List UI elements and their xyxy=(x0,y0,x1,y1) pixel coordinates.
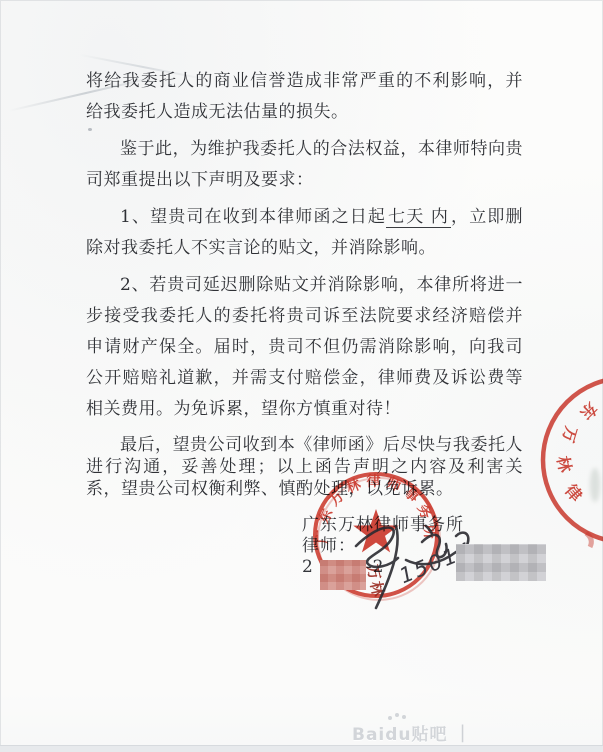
deadline-underlined: 七天 内 xyxy=(386,207,451,228)
demand-item-1: 1、望贵司在收到本律师函之日起七天 内，立即删除对我委托人不实言论的贴文，并消除… xyxy=(86,202,523,264)
scanned-letter-page: 将给我委托人的商业信誉造成非常严重的不利影响，并给我委托人造成无法估量的损失。 … xyxy=(0,0,603,752)
page-bottom-edge xyxy=(0,745,603,752)
baidu-paw-icon xyxy=(388,713,410,721)
svg-text:东万林律: 东万林律 xyxy=(553,399,601,519)
censor-mosaic-date xyxy=(320,560,366,590)
paragraph-intro: 鉴于此，为维护我委托人的合法权益，本律师特向贵司郑重提出以下声明及要求： xyxy=(86,134,523,196)
edge-seal-arc-text: 东万林律 xyxy=(553,399,601,519)
censor-mosaic-phone xyxy=(456,544,546,581)
letter-body: 将给我委托人的商业信誉造成非常严重的不利影响，并给我委托人造成无法估量的损失。 … xyxy=(86,66,523,506)
demand-item-2: 2、若贵司延迟删除贴文并消除影响，本律所将进一步接受我委托人的委托将贵司诉至法院… xyxy=(86,270,523,425)
watermark-baidu-tieba: Baidu贴吧 | xyxy=(352,720,466,745)
edge-seal-ring xyxy=(543,378,603,542)
baidu-tieba-logo-text: Baidu贴吧 xyxy=(352,720,448,745)
watermark-divider: | xyxy=(460,722,466,743)
demand-item-1-pre: 1、望贵司在收到本律师函之日起 xyxy=(120,207,386,227)
paragraph-opening: 将给我委托人的商业信誉造成非常严重的不利影响，并给我委托人造成无法估量的损失。 xyxy=(86,66,523,128)
edge-seal-smudge xyxy=(586,533,591,547)
